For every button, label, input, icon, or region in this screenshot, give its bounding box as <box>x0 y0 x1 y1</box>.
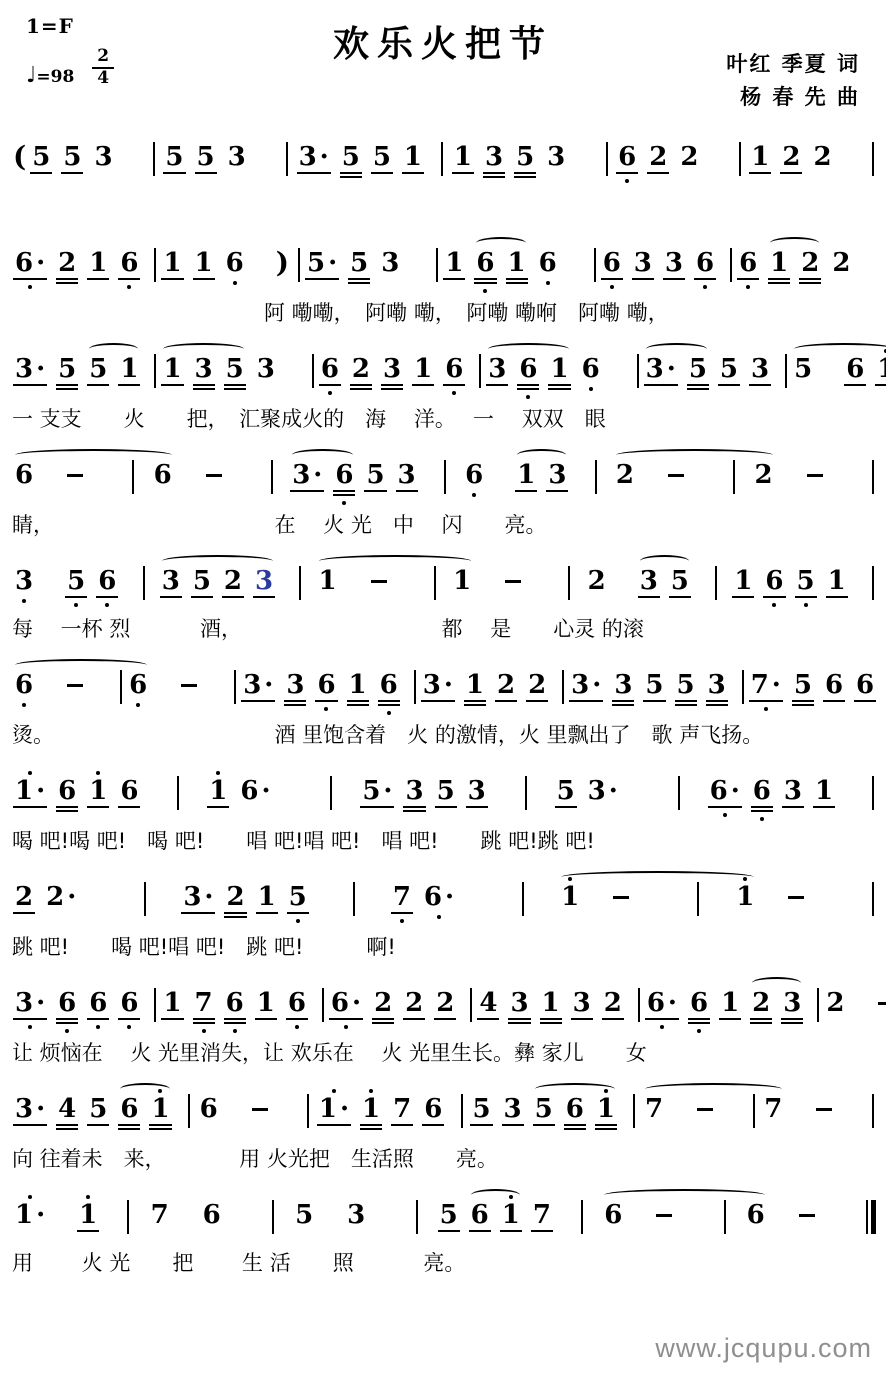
dash-mark <box>807 474 823 477</box>
note-row: 5 <box>555 778 577 804</box>
lyricist-credit: 叶红 季夏 词 <box>726 48 860 81</box>
octave-dot-above <box>332 1089 336 1093</box>
note-row: 3 <box>545 144 567 170</box>
note-row: 2 <box>13 884 35 910</box>
lyrics-row: 阿 嘞嘞， 阿嘞 嘞， 阿嘞 嘞哬 阿嘞 嘞， <box>12 300 878 326</box>
note <box>369 568 389 583</box>
note: 3· <box>13 1096 47 1126</box>
measure: 6 <box>10 672 118 698</box>
note-row: 1 <box>826 568 848 594</box>
note: 3 <box>782 778 804 808</box>
beam-line <box>286 1018 308 1020</box>
note-row: 6 <box>694 250 716 276</box>
note: 1 <box>87 778 109 808</box>
note <box>65 672 85 687</box>
beam-line <box>193 1018 215 1020</box>
note: 6 <box>315 672 337 702</box>
note-row: 2 <box>222 568 244 594</box>
octave-dot-below <box>28 285 32 289</box>
beam-line <box>193 384 215 386</box>
beam-line <box>333 494 355 496</box>
note: 2 <box>753 462 775 488</box>
note: 6 <box>96 568 118 598</box>
notation-line: 1·61616·5·35353·6·631 <box>8 758 878 826</box>
augmentation-dot: · <box>772 672 781 698</box>
note <box>695 1096 715 1111</box>
measure: 1353 <box>449 144 600 178</box>
note-row: 6 <box>564 1096 586 1122</box>
beam-line <box>13 912 35 914</box>
measure: 3·653 <box>287 462 429 496</box>
note: 6· <box>422 884 456 910</box>
octave-dot-below <box>772 603 776 607</box>
note-row: 1 <box>161 990 183 1016</box>
note-digit: 1 <box>195 250 213 276</box>
beam-line <box>224 388 246 390</box>
note-digit: 7 <box>393 884 411 910</box>
beam-line <box>469 1230 491 1232</box>
note: 6 <box>537 250 559 276</box>
note: 3 <box>483 144 505 178</box>
octave-dot-below <box>344 1025 348 1029</box>
note-row: 2 <box>434 990 456 1016</box>
note: 7 <box>391 1096 413 1126</box>
note-digit: 2 <box>813 144 831 170</box>
note: 1 <box>77 1202 99 1232</box>
beam-line <box>161 1018 183 1020</box>
note: 6 <box>224 990 246 1024</box>
note: 4 <box>477 990 499 1020</box>
beam-line <box>506 278 528 280</box>
beam-line <box>826 596 848 598</box>
beam-line <box>548 384 570 386</box>
octave-dot-below <box>28 1025 32 1029</box>
measure: 3·4561 <box>10 1096 184 1130</box>
note-digit: 3 <box>243 672 261 698</box>
barline <box>785 354 787 388</box>
note-row: 1 <box>451 568 473 594</box>
note: 1 <box>768 250 790 284</box>
note-row: 1 <box>540 990 562 1016</box>
beam-line <box>421 700 455 702</box>
lyrics-row: 用 火 光 把 生 活 照 亮。 <box>12 1250 878 1276</box>
note: 3 <box>160 568 182 598</box>
note-digit: 1 <box>89 778 107 804</box>
note-digit: 3 <box>405 778 423 804</box>
barline <box>742 670 744 704</box>
barline <box>177 776 179 810</box>
beam-line <box>595 1128 617 1130</box>
note: 6 <box>118 990 140 1020</box>
beam-line <box>564 1128 586 1130</box>
note: 5 <box>795 568 817 598</box>
barline <box>330 776 332 810</box>
note-digit: 5 <box>165 144 183 170</box>
dash-mark <box>878 1002 886 1005</box>
barline <box>872 142 874 176</box>
note-row: 6 <box>87 990 109 1016</box>
dash-mark <box>816 1108 832 1111</box>
barline <box>525 776 527 810</box>
beam-line <box>372 1022 394 1024</box>
beam-line <box>118 1124 140 1126</box>
beam-line <box>224 1018 246 1020</box>
note-row: 3 <box>571 990 593 1016</box>
note-row: 3 <box>749 356 771 382</box>
note-row: 6 <box>378 672 400 698</box>
note-digit: 2 <box>58 250 76 276</box>
barline <box>299 566 301 600</box>
note-digit: 2 <box>649 144 667 170</box>
note-row: 5 <box>191 568 213 594</box>
note-row: 3 <box>403 778 425 804</box>
beam-line <box>224 1022 246 1024</box>
note: 6 <box>118 250 140 280</box>
note-row: 3· <box>569 672 603 698</box>
note: 5 <box>669 568 691 598</box>
barline <box>144 882 146 916</box>
note: 6 <box>118 778 140 808</box>
note-row: 5 <box>61 144 83 170</box>
beam-line <box>517 388 539 390</box>
notation-line: 3·666176166·222431326·61232 <box>8 970 878 1038</box>
note: 2 <box>678 144 700 170</box>
octave-dot-above <box>369 1089 373 1093</box>
measure: 5617 <box>435 1202 565 1232</box>
note: 6 <box>745 1202 767 1228</box>
barline <box>595 460 597 494</box>
beam-line <box>517 384 539 386</box>
beam-line <box>571 1018 593 1020</box>
note-digit: 3 <box>646 356 664 382</box>
barline <box>562 670 564 704</box>
measure: 561 <box>789 356 886 386</box>
beam-line <box>780 172 802 174</box>
note-row: 5 <box>371 144 393 170</box>
note-digit: 6 <box>539 250 557 276</box>
measure: 1·616 <box>10 778 152 812</box>
note-digit: 1 <box>445 250 463 276</box>
slur-arc <box>517 449 566 461</box>
note-digit: 5 <box>689 356 707 382</box>
octave-dot-below <box>723 813 727 817</box>
note-digit: 2 <box>782 144 800 170</box>
beam-line <box>333 490 355 492</box>
barline <box>436 248 438 282</box>
note-row: 2 <box>526 672 548 698</box>
note: 3 <box>345 1202 367 1228</box>
beam-line <box>65 596 87 598</box>
barline <box>872 460 874 494</box>
slur-arc <box>604 1189 765 1201</box>
note: 1 <box>875 356 886 386</box>
note-row: 6 <box>198 1096 220 1122</box>
note-row: 3 <box>486 356 508 382</box>
dash-mark <box>799 1214 815 1217</box>
beam-line <box>782 806 804 808</box>
note-digit: 3 <box>614 672 632 698</box>
note-digit: 6 <box>380 672 398 698</box>
note-row: 3· <box>13 990 47 1016</box>
measure: 3·122 <box>418 672 560 706</box>
note-digit: 1 <box>815 778 833 804</box>
note: 5 <box>675 672 697 706</box>
note-digit: 6 <box>753 778 771 804</box>
note-row: 2 <box>586 568 608 594</box>
note: 5 <box>293 1202 315 1228</box>
note-row: 1 <box>87 778 109 804</box>
note: 6· <box>329 990 363 1020</box>
note-digit: 6 <box>335 462 353 488</box>
note: 3 <box>663 250 685 280</box>
score-block: 1·17653561766用 火 光 把 生 活 照 亮。 <box>8 1182 878 1276</box>
note-digit: 2 <box>352 356 370 382</box>
beam-line <box>347 700 369 702</box>
beam-line <box>61 172 83 174</box>
note-row: 1 <box>452 144 474 170</box>
note-row: 3· <box>181 884 215 910</box>
beam-line <box>495 700 517 702</box>
barline <box>312 354 314 388</box>
note-digit: 6 <box>618 144 636 170</box>
note-row: 2 <box>56 250 78 276</box>
note: 3 <box>255 356 277 382</box>
note <box>654 1202 674 1217</box>
beam-line <box>422 1124 444 1126</box>
note-digit: 1 <box>517 462 535 488</box>
beam-line <box>56 1128 78 1130</box>
beam-line <box>360 806 394 808</box>
note-digit: 6 <box>288 990 306 1016</box>
score-block: 6·216116)5·53161663366122 阿 嘞嘞， 阿嘞 嘞， 阿嘞… <box>8 230 878 326</box>
note-row: 3 <box>781 990 803 1016</box>
note: 5· <box>360 778 394 808</box>
barline <box>154 988 156 1022</box>
beam-line <box>595 1124 617 1126</box>
beam-line <box>56 1124 78 1126</box>
augmentation-dot: · <box>36 990 45 1016</box>
beam-line <box>632 278 654 280</box>
note-digit: 1 <box>502 1202 520 1228</box>
note: 6 <box>443 356 465 386</box>
note: 1 <box>515 462 537 492</box>
note: 1 <box>443 250 465 280</box>
note-digit: 5 <box>89 356 107 382</box>
note: 5 <box>340 144 362 178</box>
note-digit: 2 <box>801 250 819 276</box>
note: 3· <box>13 990 47 1020</box>
note-digit: 6 <box>710 778 728 804</box>
note: 6 <box>602 1202 624 1228</box>
beam-line <box>118 278 140 280</box>
note-row: 1 <box>256 884 278 910</box>
lyrics-row: 每 一杯 烈 酒， 都 是 心灵 的滚 <box>12 616 878 642</box>
note-row: 3 <box>396 462 418 488</box>
octave-dot-above <box>216 771 220 775</box>
dash-mark <box>371 580 387 583</box>
note-row: 1 <box>719 990 741 1016</box>
barline <box>143 566 145 600</box>
note-row: 3 <box>638 568 660 594</box>
slur-arc <box>163 343 243 355</box>
notation-line: (5535533·5511353622122 <box>8 124 878 192</box>
notation-line: 3·456161·1765356177 <box>8 1076 878 1144</box>
note-row: 5 <box>348 250 370 276</box>
note: 3 <box>781 990 803 1024</box>
note-row: 5 <box>224 356 246 382</box>
note-digit: 2 <box>46 884 64 910</box>
score-block: 663·65361322睛， 在 火 光 中 闪 亮。 <box>8 442 878 538</box>
beam-line <box>381 384 403 386</box>
note-row: 7 <box>149 1202 171 1228</box>
slur-arc <box>640 555 689 567</box>
note <box>204 462 224 477</box>
note: 1 <box>464 672 486 706</box>
note-row: 1 <box>161 250 183 276</box>
beam-line <box>372 1018 394 1020</box>
note: 6· <box>13 250 47 280</box>
note: 1 <box>595 1096 617 1130</box>
note-digit: 6 <box>856 672 874 698</box>
note: 3 <box>379 250 401 276</box>
measure: 6336 <box>598 250 728 280</box>
beam-line <box>391 912 413 914</box>
barline <box>434 566 436 600</box>
beam-line <box>360 1124 382 1126</box>
beam-line <box>371 172 393 174</box>
beam-line <box>694 278 716 280</box>
note: 3 <box>612 672 634 706</box>
measure: 3·551 <box>294 144 436 178</box>
augmentation-dot: · <box>320 144 329 170</box>
note <box>503 568 523 583</box>
dash-mark <box>67 684 83 687</box>
note: 1· <box>13 1202 47 1228</box>
beam-line <box>224 384 246 386</box>
slur-arc <box>162 555 273 567</box>
final-barline-thick <box>871 1200 876 1234</box>
octave-dot-below <box>610 285 614 289</box>
note: 2 <box>495 672 517 702</box>
note: 6 <box>56 990 78 1024</box>
note-row: 5· <box>360 778 394 804</box>
note: 6 <box>564 1096 586 1130</box>
note: 5 <box>470 1096 492 1126</box>
note-row: 6 <box>56 990 78 1016</box>
dash-mark <box>181 684 197 687</box>
measure: 6·222 <box>326 990 468 1024</box>
note: 5 <box>792 672 814 706</box>
augmentation-dot: · <box>204 884 213 910</box>
lyrics-row: 跳 吧! 喝 吧!唱 吧! 跳 吧! 啊! <box>12 934 878 960</box>
measure: 1353 <box>158 356 309 390</box>
barline <box>581 1200 583 1234</box>
note-row: 6 <box>13 672 35 698</box>
beam-line <box>87 384 109 386</box>
beam-line <box>792 704 814 706</box>
note-digit: 5 <box>342 144 360 170</box>
note-digit: 1 <box>79 1202 97 1228</box>
note-row: 2 <box>811 144 833 170</box>
note-row: 1 <box>412 356 434 382</box>
note-row: 5 <box>195 144 217 170</box>
note-digit: 6 <box>465 462 483 488</box>
note-digit: 5 <box>63 144 81 170</box>
composer-credit: 杨 春 先 曲 <box>726 81 860 114</box>
beam-line <box>502 1124 524 1126</box>
note-digit: 6 <box>120 250 138 276</box>
note: 3 <box>749 356 771 386</box>
note-digit: 6 <box>15 672 33 698</box>
slur-arc <box>752 977 801 989</box>
note-row: 2· <box>44 884 78 910</box>
note-row: 5 <box>514 144 536 170</box>
beam-line <box>719 1018 741 1020</box>
octave-dot-below <box>660 1025 664 1029</box>
note: 3 <box>546 462 568 492</box>
notation-line: 663·65361322 <box>8 442 878 510</box>
note-row: 7 <box>391 1096 413 1122</box>
note: 6 <box>286 990 308 1020</box>
note-digit: 3 <box>15 990 33 1016</box>
barline <box>271 460 273 494</box>
note-row: 5 <box>675 672 697 698</box>
note-row: 6 <box>443 356 465 382</box>
note-digit: 7 <box>533 1202 551 1228</box>
octave-dot-below <box>472 493 476 497</box>
octave-dot-below <box>22 703 26 707</box>
note: 6 <box>844 356 866 386</box>
note: 5 <box>224 356 246 390</box>
note-digit: 5 <box>794 356 812 382</box>
note-row: 1 <box>813 778 835 804</box>
note-digit: 3 <box>162 568 180 594</box>
note-row: 6 <box>688 990 710 1016</box>
note-row: 6 <box>224 990 246 1016</box>
beam-line <box>795 596 817 598</box>
beam-line <box>13 278 47 280</box>
beam-line <box>347 704 369 706</box>
note-row: 5 <box>687 356 709 382</box>
note: 2 <box>586 568 608 594</box>
augmentation-dot: · <box>264 672 273 698</box>
note-digit: 5 <box>307 250 325 276</box>
note: 2 <box>602 990 624 1020</box>
note: 1 <box>161 250 183 280</box>
octave-dot-below <box>328 391 332 395</box>
note: 5 <box>533 1096 555 1126</box>
barline <box>753 1094 755 1128</box>
note: 6 <box>580 356 602 382</box>
beam-line <box>813 806 835 808</box>
measure: 7 <box>640 1096 748 1122</box>
note-row: 6· <box>422 884 456 910</box>
note: 2 <box>224 884 246 918</box>
beam-line <box>508 1022 530 1024</box>
note: 1 <box>149 1096 171 1130</box>
measure: 1 <box>731 884 839 910</box>
dash-mark <box>697 1108 713 1111</box>
note: 7 <box>193 990 215 1024</box>
score-block: 3563523112351651每 一杯 烈 酒， 都 是 心灵 的滚 <box>8 548 878 642</box>
note: 6 <box>616 144 638 174</box>
note-row: 6 <box>118 778 140 804</box>
augmentation-dot: · <box>383 778 392 804</box>
note-digit: 6 <box>154 462 172 488</box>
measure: 3·3616 <box>238 672 412 706</box>
note: 6 <box>737 250 759 280</box>
final-barline-thin <box>866 1200 868 1234</box>
